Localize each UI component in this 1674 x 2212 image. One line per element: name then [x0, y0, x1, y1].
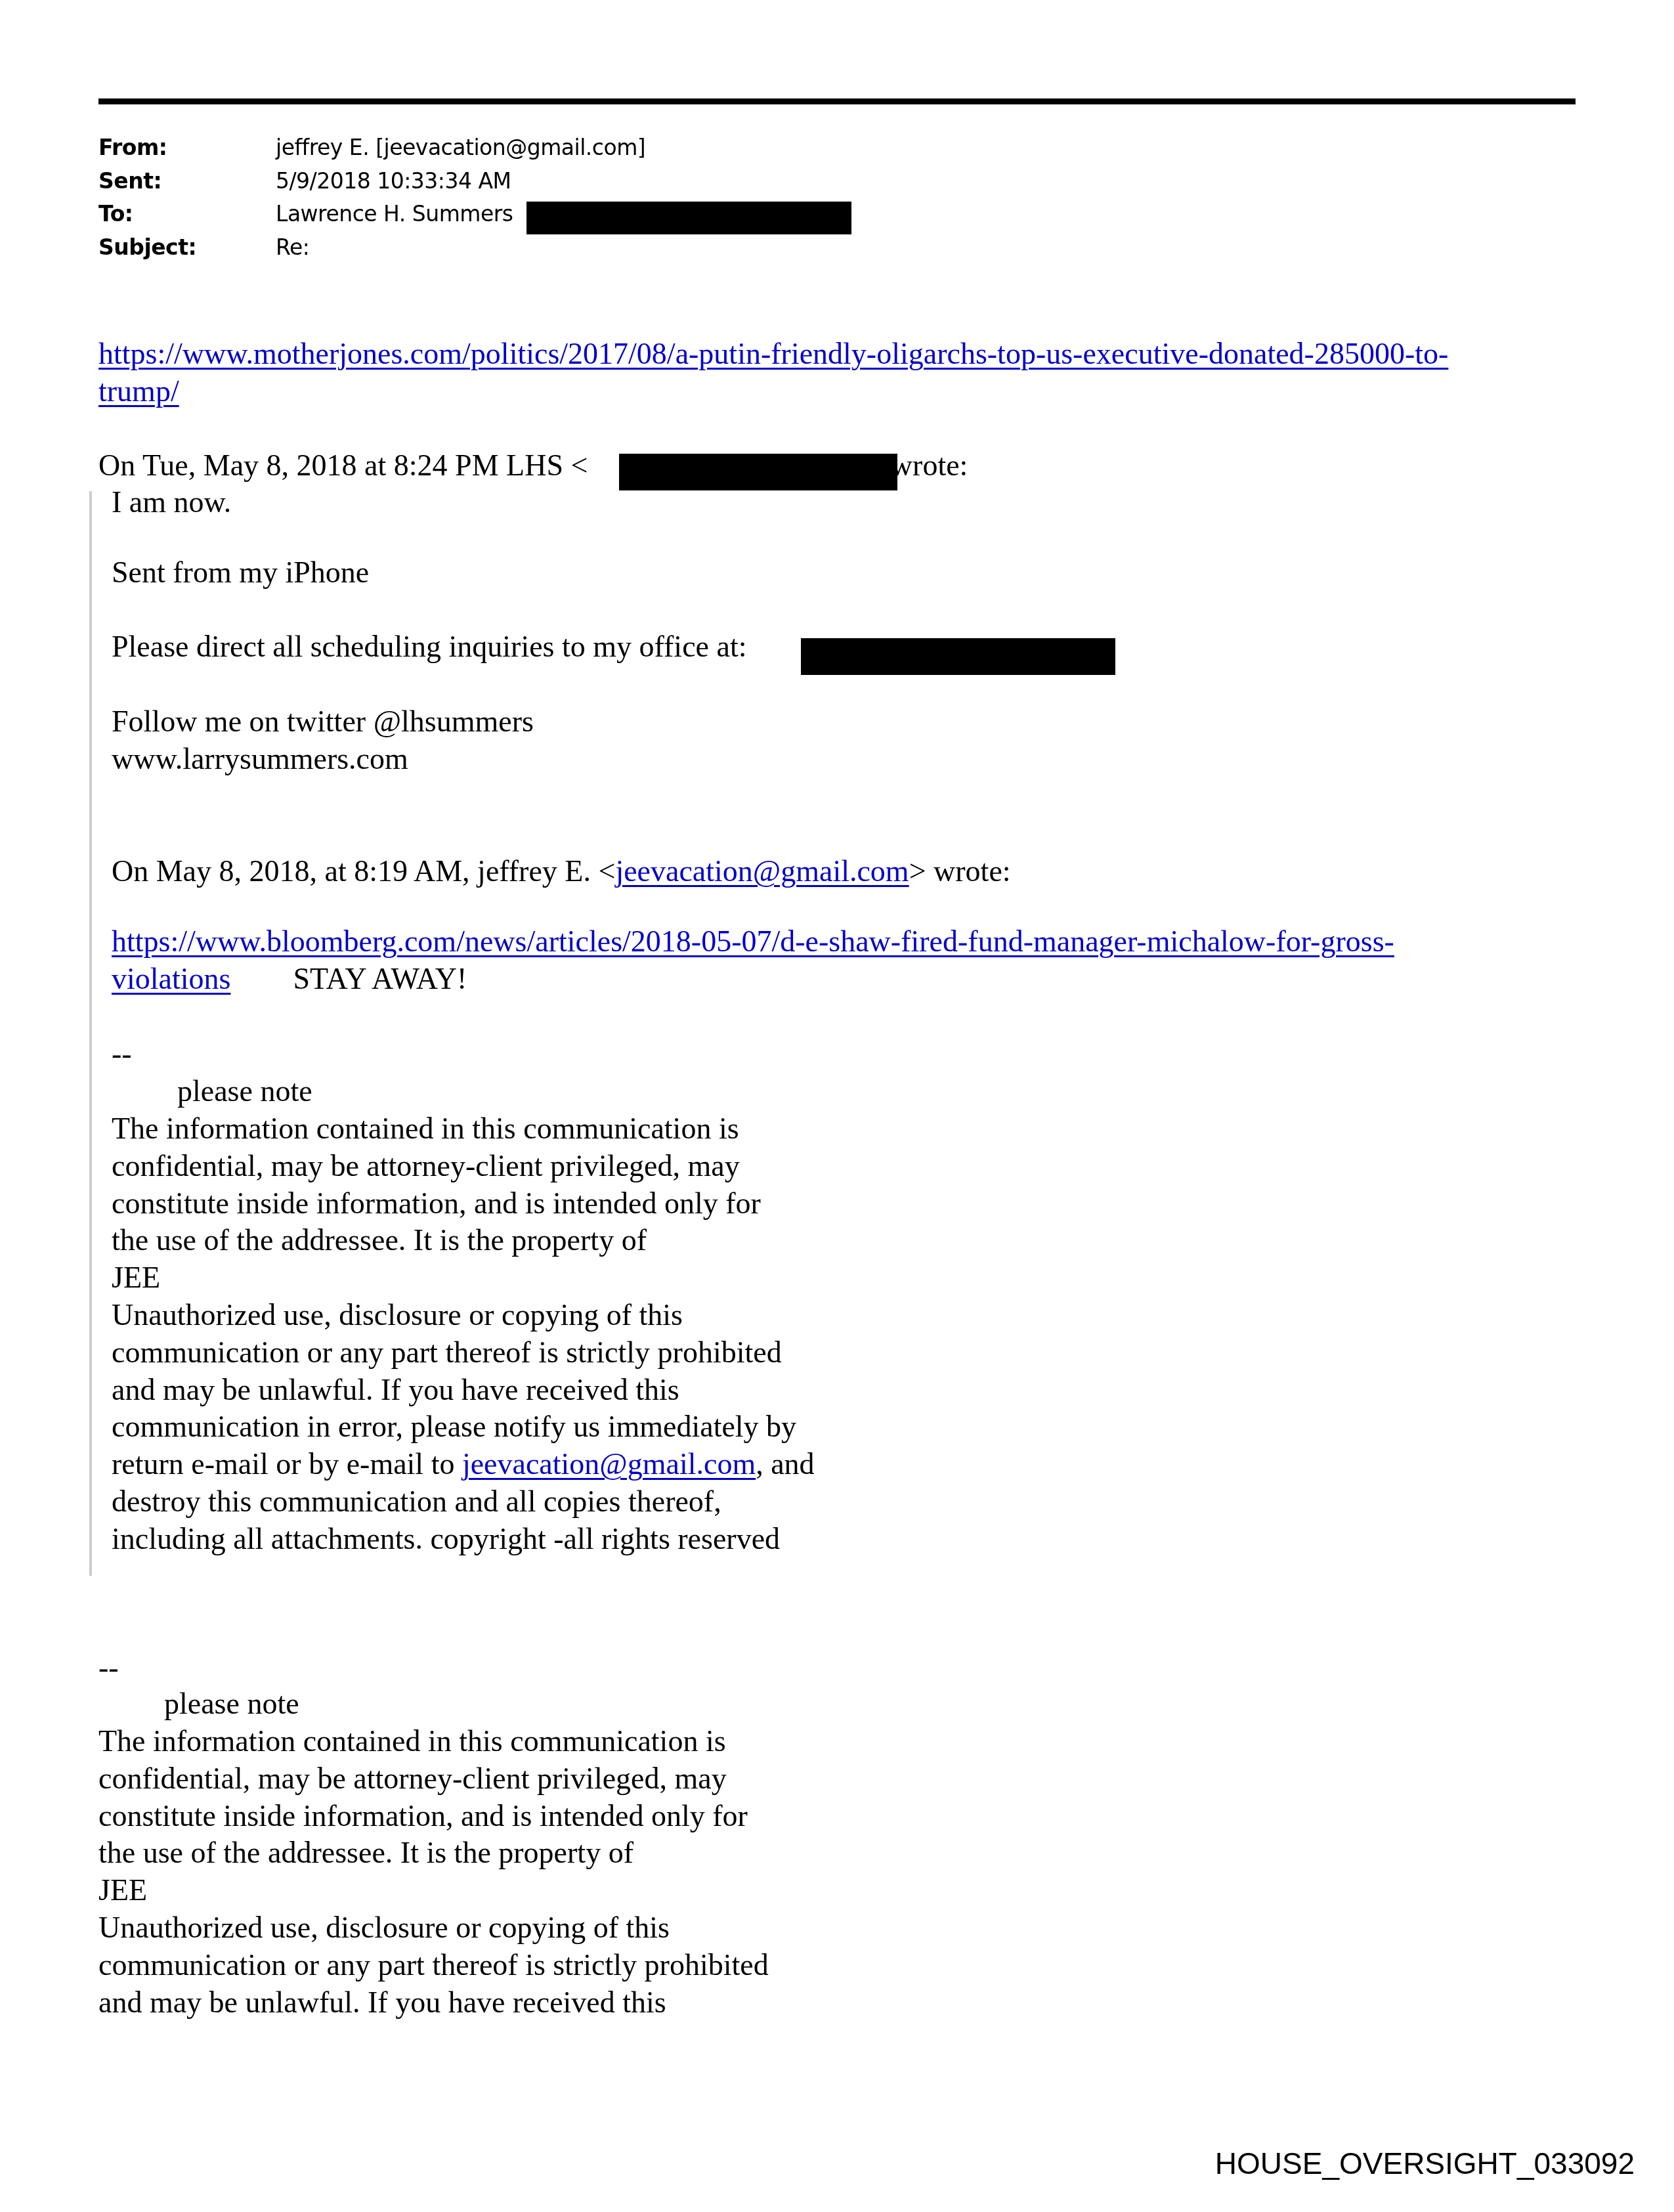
quote2-attribution-prefix: On May 8, 2018, at 8:19 AM, jeffrey E. < [112, 854, 615, 888]
outer-disclaimer-line: constitute inside information, and is in… [98, 1801, 748, 1831]
quoted-disclaimer-line: communication or any part thereof is str… [112, 1337, 782, 1368]
outer-disclaimer-line: Unauthorized use, disclosure or copying … [98, 1913, 670, 1943]
quoted-disclaimer-line: communication in error, please notify us… [112, 1412, 796, 1442]
sent-label: Sent: [98, 170, 161, 192]
quoted-disclaimer-line: The information contained in this commun… [112, 1114, 739, 1144]
quoted-disclaimer-line: Unauthorized use, disclosure or copying … [112, 1300, 683, 1330]
header-top-rule [98, 98, 1576, 104]
outer-disclaimer-line: communication or any part thereof is str… [98, 1950, 769, 1980]
outer-disclaimer-line: The information contained in this commun… [98, 1726, 726, 1756]
quoted-disclaimer-line: confidential, may be attorney-client pri… [112, 1151, 740, 1181]
quoted-return-prefix: return e-mail or by e-mail to [112, 1447, 462, 1481]
quoted-disclaimer-line: including all attachments. copyright -al… [112, 1524, 780, 1554]
motherjones-link-continued[interactable]: trump/ [98, 374, 179, 408]
quote1-line-scheduling: Please direct all scheduling inquiries t… [112, 632, 746, 662]
bates-stamp: HOUSE_OVERSIGHT_033092 [1215, 2146, 1635, 2181]
quoted-signature-separator: -- [112, 1039, 132, 1069]
stay-away-text: STAY AWAY! [293, 962, 467, 995]
from-value: jeffrey E. [jeevacation@gmail.com] [276, 137, 645, 158]
quoted-disclaimer-line: constitute inside information, and is in… [112, 1188, 761, 1219]
sent-value: 5/9/2018 10:33:34 AM [276, 170, 511, 192]
quoted-disclaimer-line: destroy this communication and all copie… [112, 1486, 721, 1517]
email-document-page: From: jeffrey E. [jeevacation@gmail.com]… [0, 0, 1674, 2212]
outer-signature-separator: -- [98, 1653, 119, 1683]
outer-disclaimer-line: JEE [98, 1875, 147, 1905]
outer-disclaimer-line: and may be unlawful. If you have receive… [98, 1987, 666, 2018]
quoted-disclaimer-return-line: return e-mail or by e-mail to jeevacatio… [112, 1449, 815, 1479]
quote1-line-twitter: Follow me on twitter @lhsummers [112, 706, 534, 737]
quoted-please-note: please note [112, 1076, 312, 1106]
quoted-disclaimer-line: and may be unlawful. If you have receive… [112, 1375, 679, 1405]
quote2-attribution-email-link[interactable]: jeevacation@gmail.com [615, 854, 909, 888]
redaction-box-to-email [526, 202, 851, 234]
from-label: From: [98, 137, 167, 158]
quote1-line-i-am-now: I am now. [112, 487, 231, 517]
quoted-return-suffix: , and [756, 1447, 814, 1481]
quote2-attribution: On May 8, 2018, at 8:19 AM, jeffrey E. <… [112, 856, 1011, 886]
to-value: Lawrence H. Summers [276, 203, 513, 225]
quoted-disclaimer-line: the use of the addressee. It is the prop… [112, 1225, 647, 1255]
quoted-disclaimer-email-link[interactable]: jeevacation@gmail.com [462, 1447, 756, 1481]
quoted-disclaimer-line: JEE [112, 1263, 160, 1293]
outer-disclaimer-line: confidential, may be attorney-client pri… [98, 1764, 727, 1794]
quote2-attribution-suffix: > wrote: [909, 854, 1011, 888]
bloomberg-link-continued[interactable]: violations [112, 962, 230, 995]
motherjones-link[interactable]: https://www.motherjones.com/politics/201… [98, 337, 1448, 370]
redaction-box-office-contact [801, 638, 1115, 675]
outer-please-note: please note [98, 1689, 299, 1719]
outer-disclaimer-line: the use of the addressee. It is the prop… [98, 1838, 633, 1868]
quote-bar [89, 491, 92, 1576]
subject-value: Re: [276, 236, 309, 258]
subject-label: Subject: [98, 236, 196, 258]
bloomberg-link[interactable]: https://www.bloomberg.com/news/articles/… [112, 924, 1394, 958]
redaction-box-lhs-email [619, 454, 897, 490]
to-label: To: [98, 203, 133, 225]
quote1-line-sent-from: Sent from my iPhone [112, 557, 369, 588]
quote1-attribution-prefix: On Tue, May 8, 2018 at 8:24 PM LHS < [98, 448, 588, 482]
quote1-line-website: www.larrysummers.com [112, 744, 408, 774]
